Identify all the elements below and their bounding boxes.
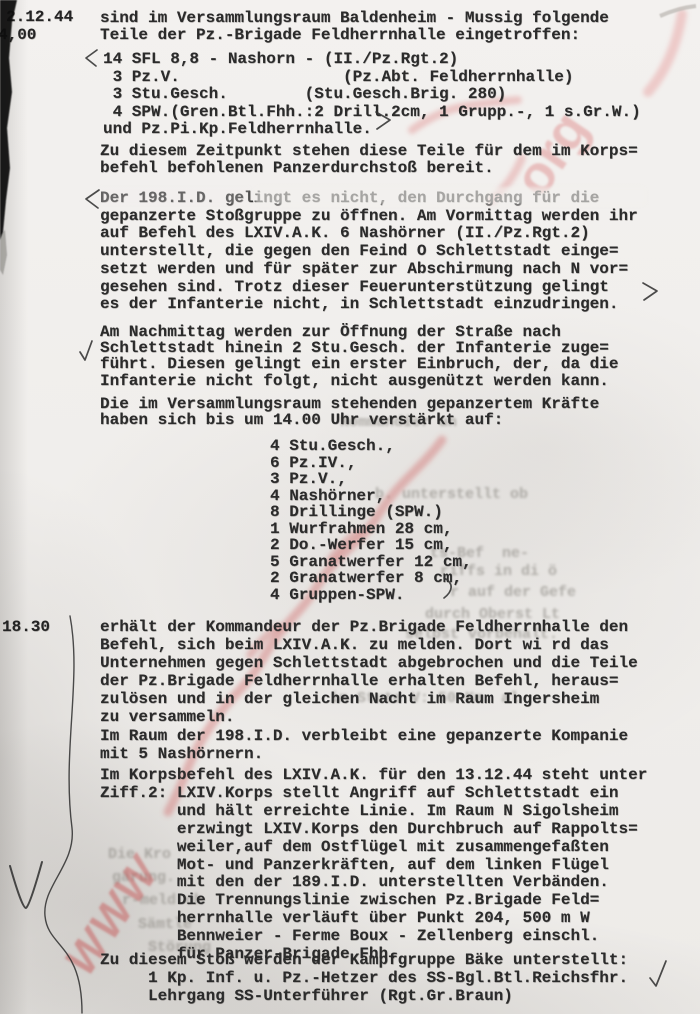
- paragraph-kampfgruppe-baeke: Zu diesem Stoß werden der Kampfgruppe Bä…: [100, 951, 628, 1005]
- margin-time: 4,00: [0, 26, 36, 44]
- paragraph-korpsbefehl-13-12: Im Korpsbefehl des LXIV.A.K. für den 13.…: [100, 767, 647, 964]
- margin-time-1830: 18.30: [2, 618, 50, 636]
- margin-date: 2.12.44: [6, 8, 73, 26]
- paragraph-198-id: Der 198.I.D. gelingt es nicht, den Durch…: [100, 190, 638, 314]
- hand-big-v-mark: [10, 862, 42, 908]
- hand-close-angle-mark: [643, 283, 657, 300]
- hand-open-angle-mark: [86, 190, 99, 208]
- paragraph-kommandeur: erhält der Kommandeur der Pz.Brigade Fel…: [100, 618, 638, 763]
- paragraph-intro: sind im Versammlungsraum Baldenheim - Mu…: [100, 10, 609, 43]
- hand-checkmark: [80, 341, 92, 360]
- paragraph-verstaerkt: Die im Versammlungsraum stehenden gepanz…: [100, 396, 599, 428]
- list-weapons: 4 Stu.Gesch., 6 Pz.IV., 3 Pz.V., 4 Nashö…: [270, 438, 472, 603]
- hand-open-angle-mark: [86, 50, 97, 66]
- hand-checkmark: [650, 961, 666, 986]
- paragraph-korpsbefehl-ready: Zu diesem Zeitpunkt stehen diese Teile f…: [100, 143, 638, 176]
- hand-margin-curve: [45, 616, 82, 1013]
- paragraph-nachmittag: Am Nachmittag werden zur Öffnung der Str…: [100, 324, 618, 389]
- list-arrived-units: 14 SFL 8,8 - Nashorn - (II./Pz.Rgt.2) 3 …: [103, 51, 641, 139]
- scan-edge-fade: [0, 230, 7, 275]
- scan-smudge-top-right: [660, 6, 696, 16]
